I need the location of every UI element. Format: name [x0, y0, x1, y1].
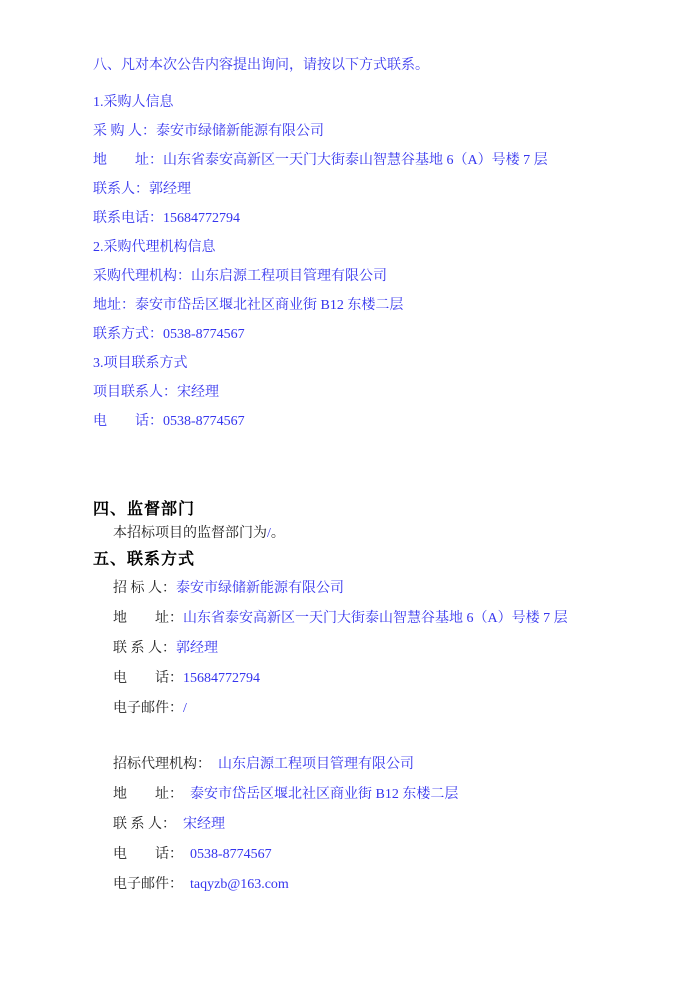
agent-name-value: 山东启源工程项目管理有限公司: [218, 757, 414, 772]
tenderer-phone-line: 电 话：15684772794: [93, 672, 645, 686]
agent-email-label: 电子邮件：: [113, 877, 183, 892]
agent-address-line: 地 址：泰安市岱岳区堰北社区商业街 B12 东楼二层: [93, 788, 645, 802]
purchaser-name-line: 采 购 人：泰安市绿储新能源有限公司: [93, 125, 645, 139]
document-page: 八、凡对本次公告内容提出询问，请按以下方式联系。 1.采购人信息 采 购 人：泰…: [0, 0, 700, 892]
contact-heading: 五、联系方式: [93, 552, 645, 568]
purchaser-phone-line: 联系电话：15684772794: [93, 212, 645, 226]
tenderer-phone-value: 15684772794: [183, 671, 260, 686]
tenderer-contact-value: 郭经理: [176, 641, 218, 656]
tenderer-address-value: 山东省泰安高新区一天门大街泰山智慧谷基地 6（A）号楼 7 层: [183, 611, 568, 626]
agent-phone-line: 电 话：0538-8774567: [93, 848, 645, 862]
tenderer-email-label: 电子邮件：: [113, 701, 183, 716]
agency-info-heading: 2.采购代理机构信息: [93, 241, 645, 255]
inquiry-intro: 八、凡对本次公告内容提出询问，请按以下方式联系。: [93, 59, 645, 73]
agency-name-line: 采购代理机构：山东启源工程项目管理有限公司: [93, 270, 645, 284]
tenderer-phone-label: 电 话：: [113, 671, 183, 686]
project-contact-line: 项目联系人：宋经理: [93, 386, 645, 400]
tenderer-email-line: 电子邮件：/: [93, 702, 645, 716]
supervision-body-prefix: 本招标项目的监督部门为: [113, 526, 267, 541]
purchaser-address-line: 地 址：山东省泰安高新区一天门大街泰山智慧谷基地 6（A）号楼 7 层: [93, 154, 645, 168]
agent-address-value: 泰安市岱岳区堰北社区商业街 B12 东楼二层: [190, 787, 458, 802]
supervision-body: 本招标项目的监督部门为/。: [93, 527, 645, 541]
supervision-heading: 四、监督部门: [93, 502, 645, 518]
agent-contact-line: 联 系 人：宋经理: [93, 818, 645, 832]
tenderer-name-label: 招 标 人：: [113, 581, 176, 596]
tenderer-contact-label: 联 系 人：: [113, 641, 176, 656]
agent-phone-value: 0538-8774567: [190, 847, 272, 862]
agent-email-value: taqyzb@163.com: [190, 877, 289, 892]
tenderer-email-value: /: [183, 701, 187, 716]
purchaser-info-heading: 1.采购人信息: [93, 96, 645, 110]
agent-email-line: 电子邮件：taqyzb@163.com: [93, 878, 645, 892]
agent-contact-label: 联 系 人：: [113, 817, 176, 832]
agency-phone-line: 联系方式：0538-8774567: [93, 328, 645, 342]
supervision-body-suffix: 。: [271, 526, 285, 541]
tenderer-contact-line: 联 系 人：郭经理: [93, 642, 645, 656]
agent-phone-label: 电 话：: [113, 847, 183, 862]
project-phone-line: 电 话：0538-8774567: [93, 415, 645, 429]
agent-address-label: 地 址：: [113, 787, 183, 802]
agency-address-line: 地址：泰安市岱岳区堰北社区商业街 B12 东楼二层: [93, 299, 645, 313]
purchaser-contact-line: 联系人：郭经理: [93, 183, 645, 197]
agent-name-label: 招标代理机构：: [113, 757, 211, 772]
tenderer-address-line: 地 址：山东省泰安高新区一天门大街泰山智慧谷基地 6（A）号楼 7 层: [93, 612, 645, 626]
agent-name-line: 招标代理机构：山东启源工程项目管理有限公司: [93, 758, 645, 772]
tenderer-name-line: 招 标 人：泰安市绿储新能源有限公司: [93, 582, 645, 596]
agent-contact-value: 宋经理: [183, 817, 225, 832]
tenderer-name-value: 泰安市绿储新能源有限公司: [176, 581, 344, 596]
project-contact-heading: 3.项目联系方式: [93, 357, 645, 371]
tenderer-address-label: 地 址：: [113, 611, 183, 626]
